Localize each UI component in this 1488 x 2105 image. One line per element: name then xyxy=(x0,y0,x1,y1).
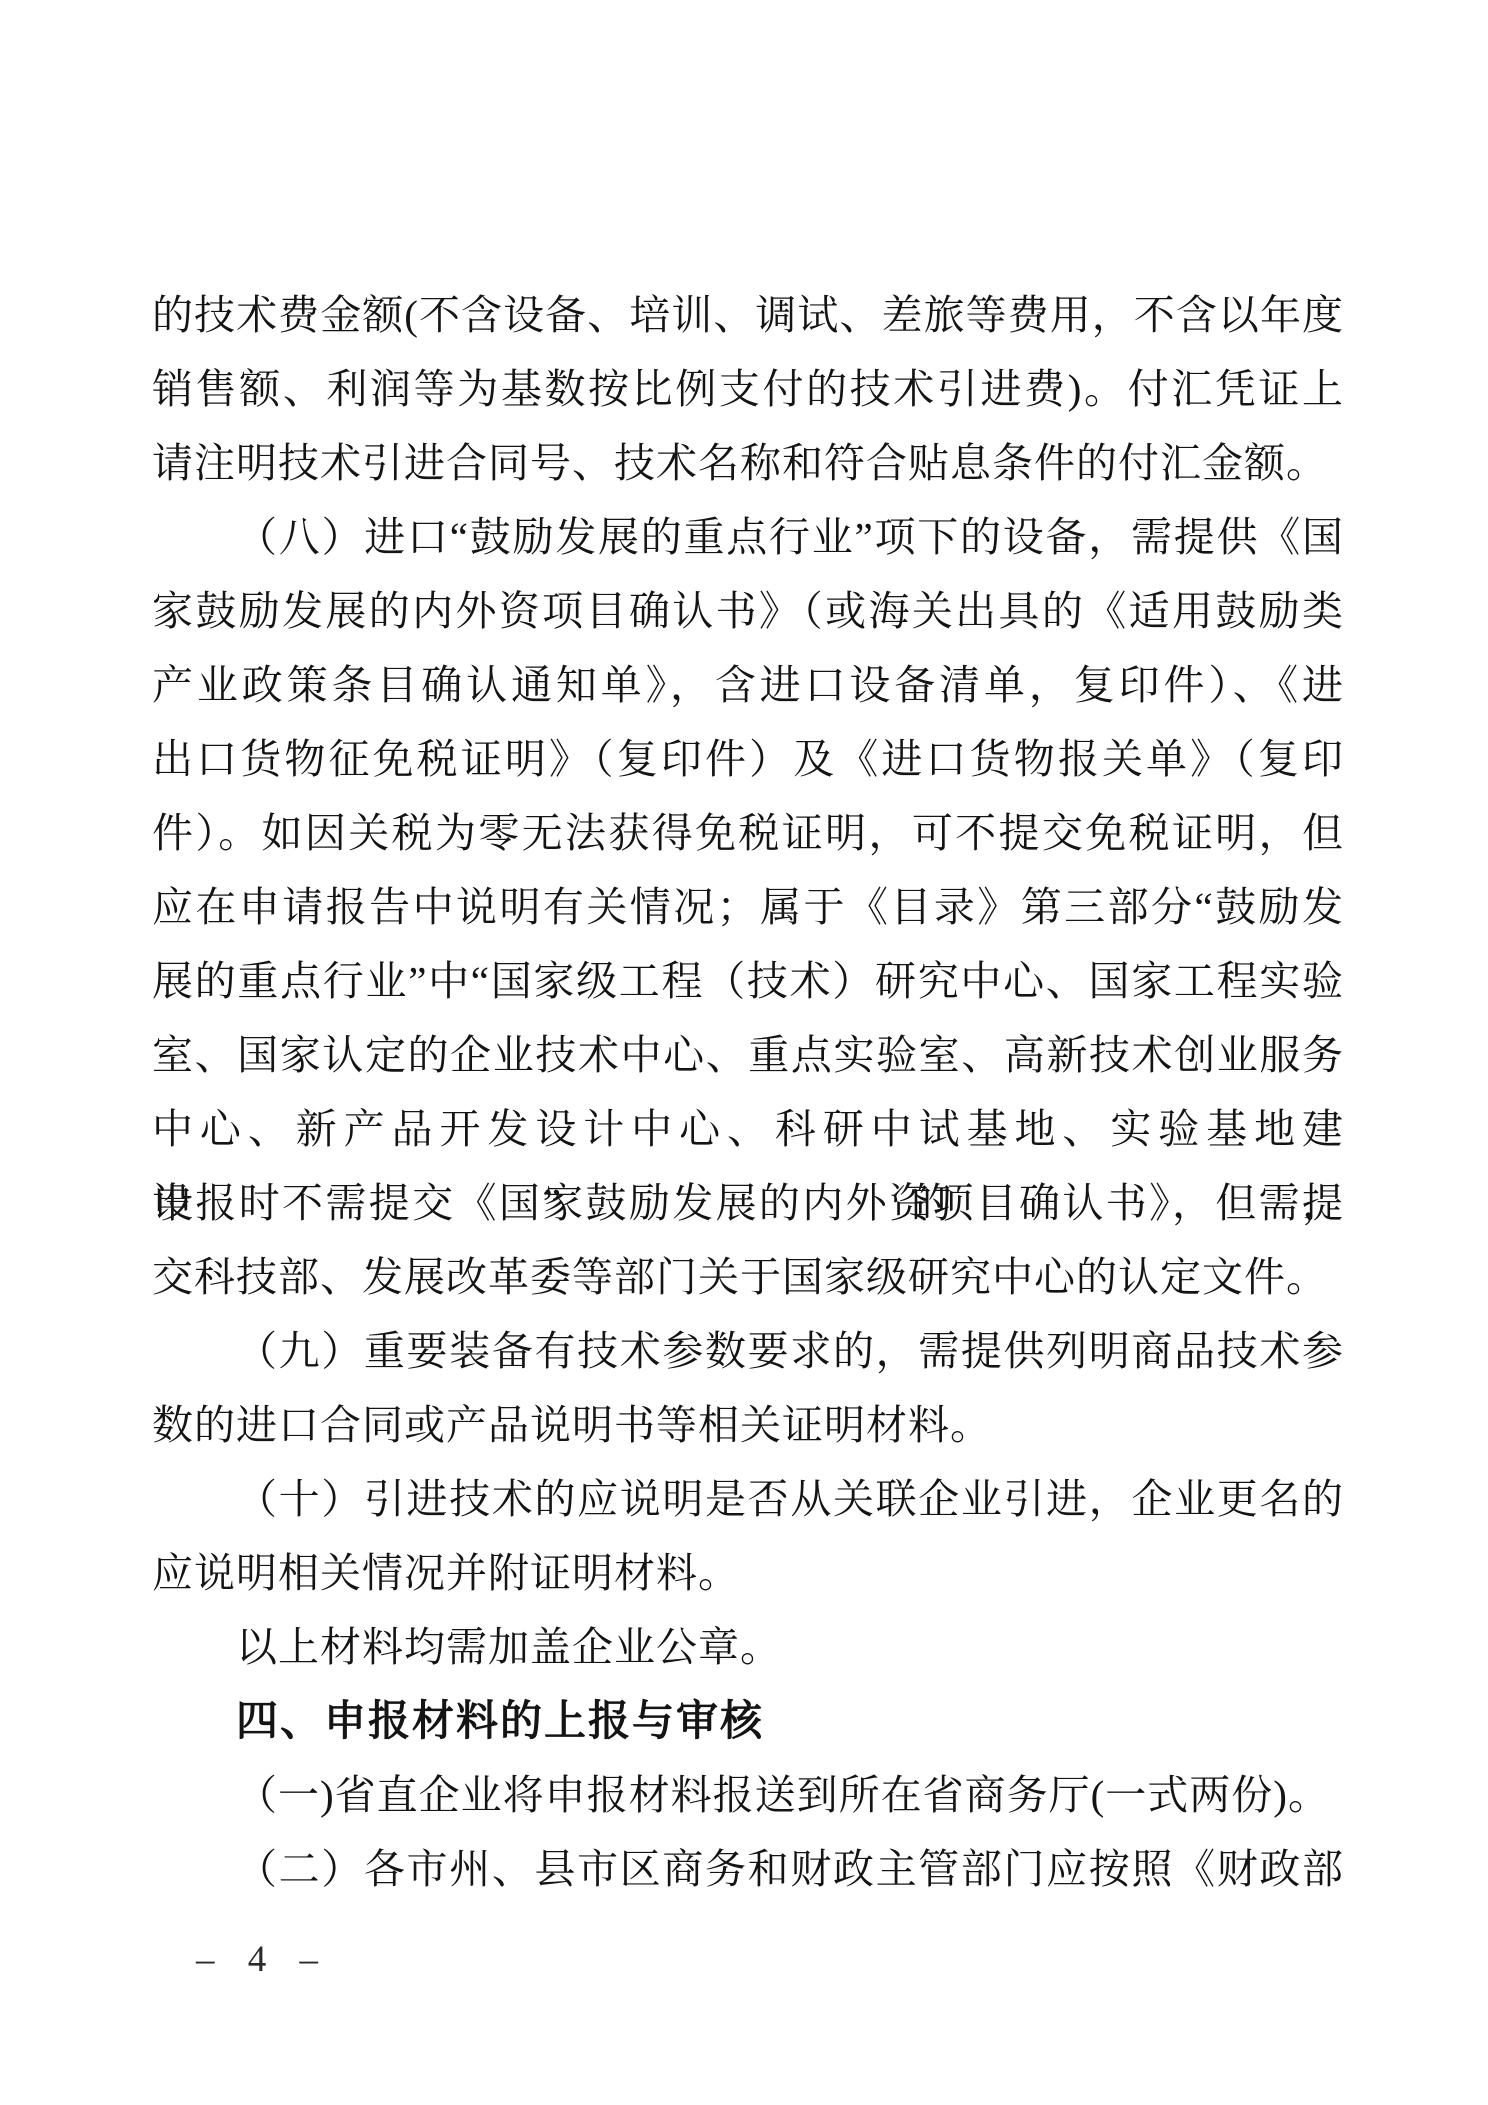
text-line: （八）进口“鼓励发展的重点行业”项下的设备，需提供《国 xyxy=(152,500,1344,574)
text-line: （九）重要装备有技术参数要求的，需提供列明商品技术参 xyxy=(152,1314,1344,1388)
text-line: 出口货物征免税证明》（复印件）及《进口货物报关单》（复印 xyxy=(152,722,1344,796)
text-line: 的技术费金额(不含设备、培训、调试、差旅等费用，不含以年度 xyxy=(152,278,1344,352)
text-line: 室、国家认定的企业技术中心、重点实验室、高新技术创业服务 xyxy=(152,1018,1344,1092)
text-line: 应说明相关情况并附证明材料。 xyxy=(152,1536,1344,1610)
text-line: （一)省直企业将申报材料报送到所在省商务厅(一式两份)。 xyxy=(152,1758,1344,1832)
text-line: 家鼓励发展的内外资项目确认书》（或海关出具的《适用鼓励类 xyxy=(152,574,1344,648)
text-line: 展的重点行业”中“国家级工程（技术）研究中心、国家工程实验 xyxy=(152,944,1344,1018)
document-body: 的技术费金额(不含设备、培训、调试、差旅等费用，不含以年度 销售额、利润等为基数… xyxy=(152,278,1344,1906)
text-line: 数的进口合同或产品说明书等相关证明材料。 xyxy=(152,1388,1344,1462)
text-line: 件）。如因关税为零无法获得免税证明，可不提交免税证明，但 xyxy=(152,796,1344,870)
text-line: 销售额、利润等为基数按比例支付的技术引进费)。付汇凭证上 xyxy=(152,352,1344,426)
text-line: （十）引进技术的应说明是否从关联企业引进，企业更名的 xyxy=(152,1462,1344,1536)
text-line: （二）各市州、县市区商务和财政主管部门应按照《财政部 xyxy=(152,1832,1344,1906)
text-line: 以上材料均需加盖企业公章。 xyxy=(152,1610,1344,1684)
text-line: 申报时不需提交《国家鼓励发展的内外资项目确认书》，但需提 xyxy=(152,1166,1344,1240)
text-line: 产业政策条目确认通知单》，含进口设备清单，复印件）、《进 xyxy=(152,648,1344,722)
document-page: 的技术费金额(不含设备、培训、调试、差旅等费用，不含以年度 销售额、利润等为基数… xyxy=(0,0,1488,2105)
page-number: – 4 – xyxy=(196,1936,330,1984)
text-line: 请注明技术引进合同号、技术名称和符合贴息条件的付汇金额。 xyxy=(152,426,1344,500)
text-line: 中心、新产品开发设计中心、科研中试基地、实验基地建设”的， xyxy=(152,1092,1344,1166)
section-heading: 四、申报材料的上报与审核 xyxy=(152,1684,1344,1758)
text-line: 交科技部、发展改革委等部门关于国家级研究中心的认定文件。 xyxy=(152,1240,1344,1314)
text-line: 应在申请报告中说明有关情况；属于《目录》第三部分“鼓励发 xyxy=(152,870,1344,944)
